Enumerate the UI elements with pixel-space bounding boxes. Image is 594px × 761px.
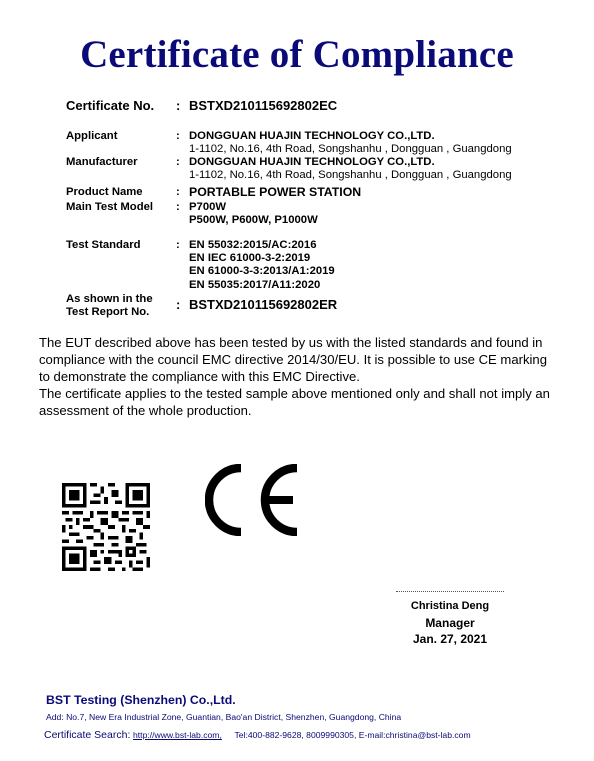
colon: :: [176, 156, 180, 169]
manufacturer-name: DONGGUAN HUAJIN TECHNOLOGY CO.,LTD.: [189, 156, 435, 169]
footer-company: BST Testing (Shenzhen) Co.,Ltd.: [46, 693, 236, 707]
test-report-label-line2: Test Report No.: [66, 306, 176, 319]
certificate-number-value: BSTXD210115692802EC: [189, 99, 337, 112]
main-test-model-value: P700W: [189, 201, 226, 214]
colon: :: [176, 130, 180, 143]
colon: :: [176, 298, 180, 311]
colon: :: [176, 201, 180, 214]
footer-contact: Tel:400-882-9628, 8009990305, E-mail:chr…: [235, 730, 471, 740]
statement-paragraph-2: The certificate applies to the tested sa…: [39, 385, 559, 419]
colon: :: [176, 186, 180, 199]
ce-mark-icon: [205, 464, 301, 536]
signature-line: [396, 591, 504, 592]
page-title: Certificate of Compliance: [0, 32, 594, 77]
signatory-title: Manager: [380, 616, 520, 630]
compliance-statement: The EUT described above has been tested …: [39, 334, 559, 419]
product-name-value: PORTABLE POWER STATION: [189, 186, 361, 199]
test-standard-item: EN 61000-3-3:2013/A1:2019: [189, 265, 335, 278]
signature-date: Jan. 27, 2021: [380, 632, 520, 646]
manufacturer-label: Manufacturer: [66, 156, 176, 169]
qr-code-icon: [62, 483, 150, 571]
certificate-number-label: Certificate No.: [66, 99, 176, 112]
manufacturer-address: 1-1102, No.16, 4th Road, Songshanhu , Do…: [189, 169, 512, 182]
statement-paragraph-1: The EUT described above has been tested …: [39, 334, 559, 385]
signatory-name: Christina Deng: [380, 600, 520, 612]
applicant-address: 1-1102, No.16, 4th Road, Songshanhu , Do…: [189, 143, 512, 156]
colon: :: [176, 239, 180, 252]
applicant-name: DONGGUAN HUAJIN TECHNOLOGY CO.,LTD.: [189, 130, 435, 143]
test-standard-label: Test Standard: [66, 239, 176, 252]
test-standard-item: EN 55035:2017/A11:2020: [189, 279, 320, 292]
footer-address: Add: No.7, New Era Industrial Zone, Guan…: [46, 712, 401, 722]
test-standard-item: EN 55032:2015/AC:2016: [189, 239, 317, 252]
test-report-label-line1: As shown in the: [66, 293, 176, 306]
applicant-label: Applicant: [66, 130, 176, 143]
test-standard-item: EN IEC 61000-3-2:2019: [189, 252, 310, 265]
product-name-label: Product Name: [66, 186, 176, 199]
footer-search-line: Certificate Search: http://www.bst-lab.c…: [44, 729, 471, 741]
main-test-model-label: Main Test Model: [66, 201, 176, 214]
test-report-value: BSTXD210115692802ER: [189, 298, 337, 311]
website-link[interactable]: http://www.bst-lab.com,: [133, 730, 222, 740]
additional-models-value: P500W, P600W, P1000W: [189, 214, 318, 227]
colon: :: [176, 99, 180, 112]
certificate-search-label: Certificate Search:: [44, 729, 130, 741]
